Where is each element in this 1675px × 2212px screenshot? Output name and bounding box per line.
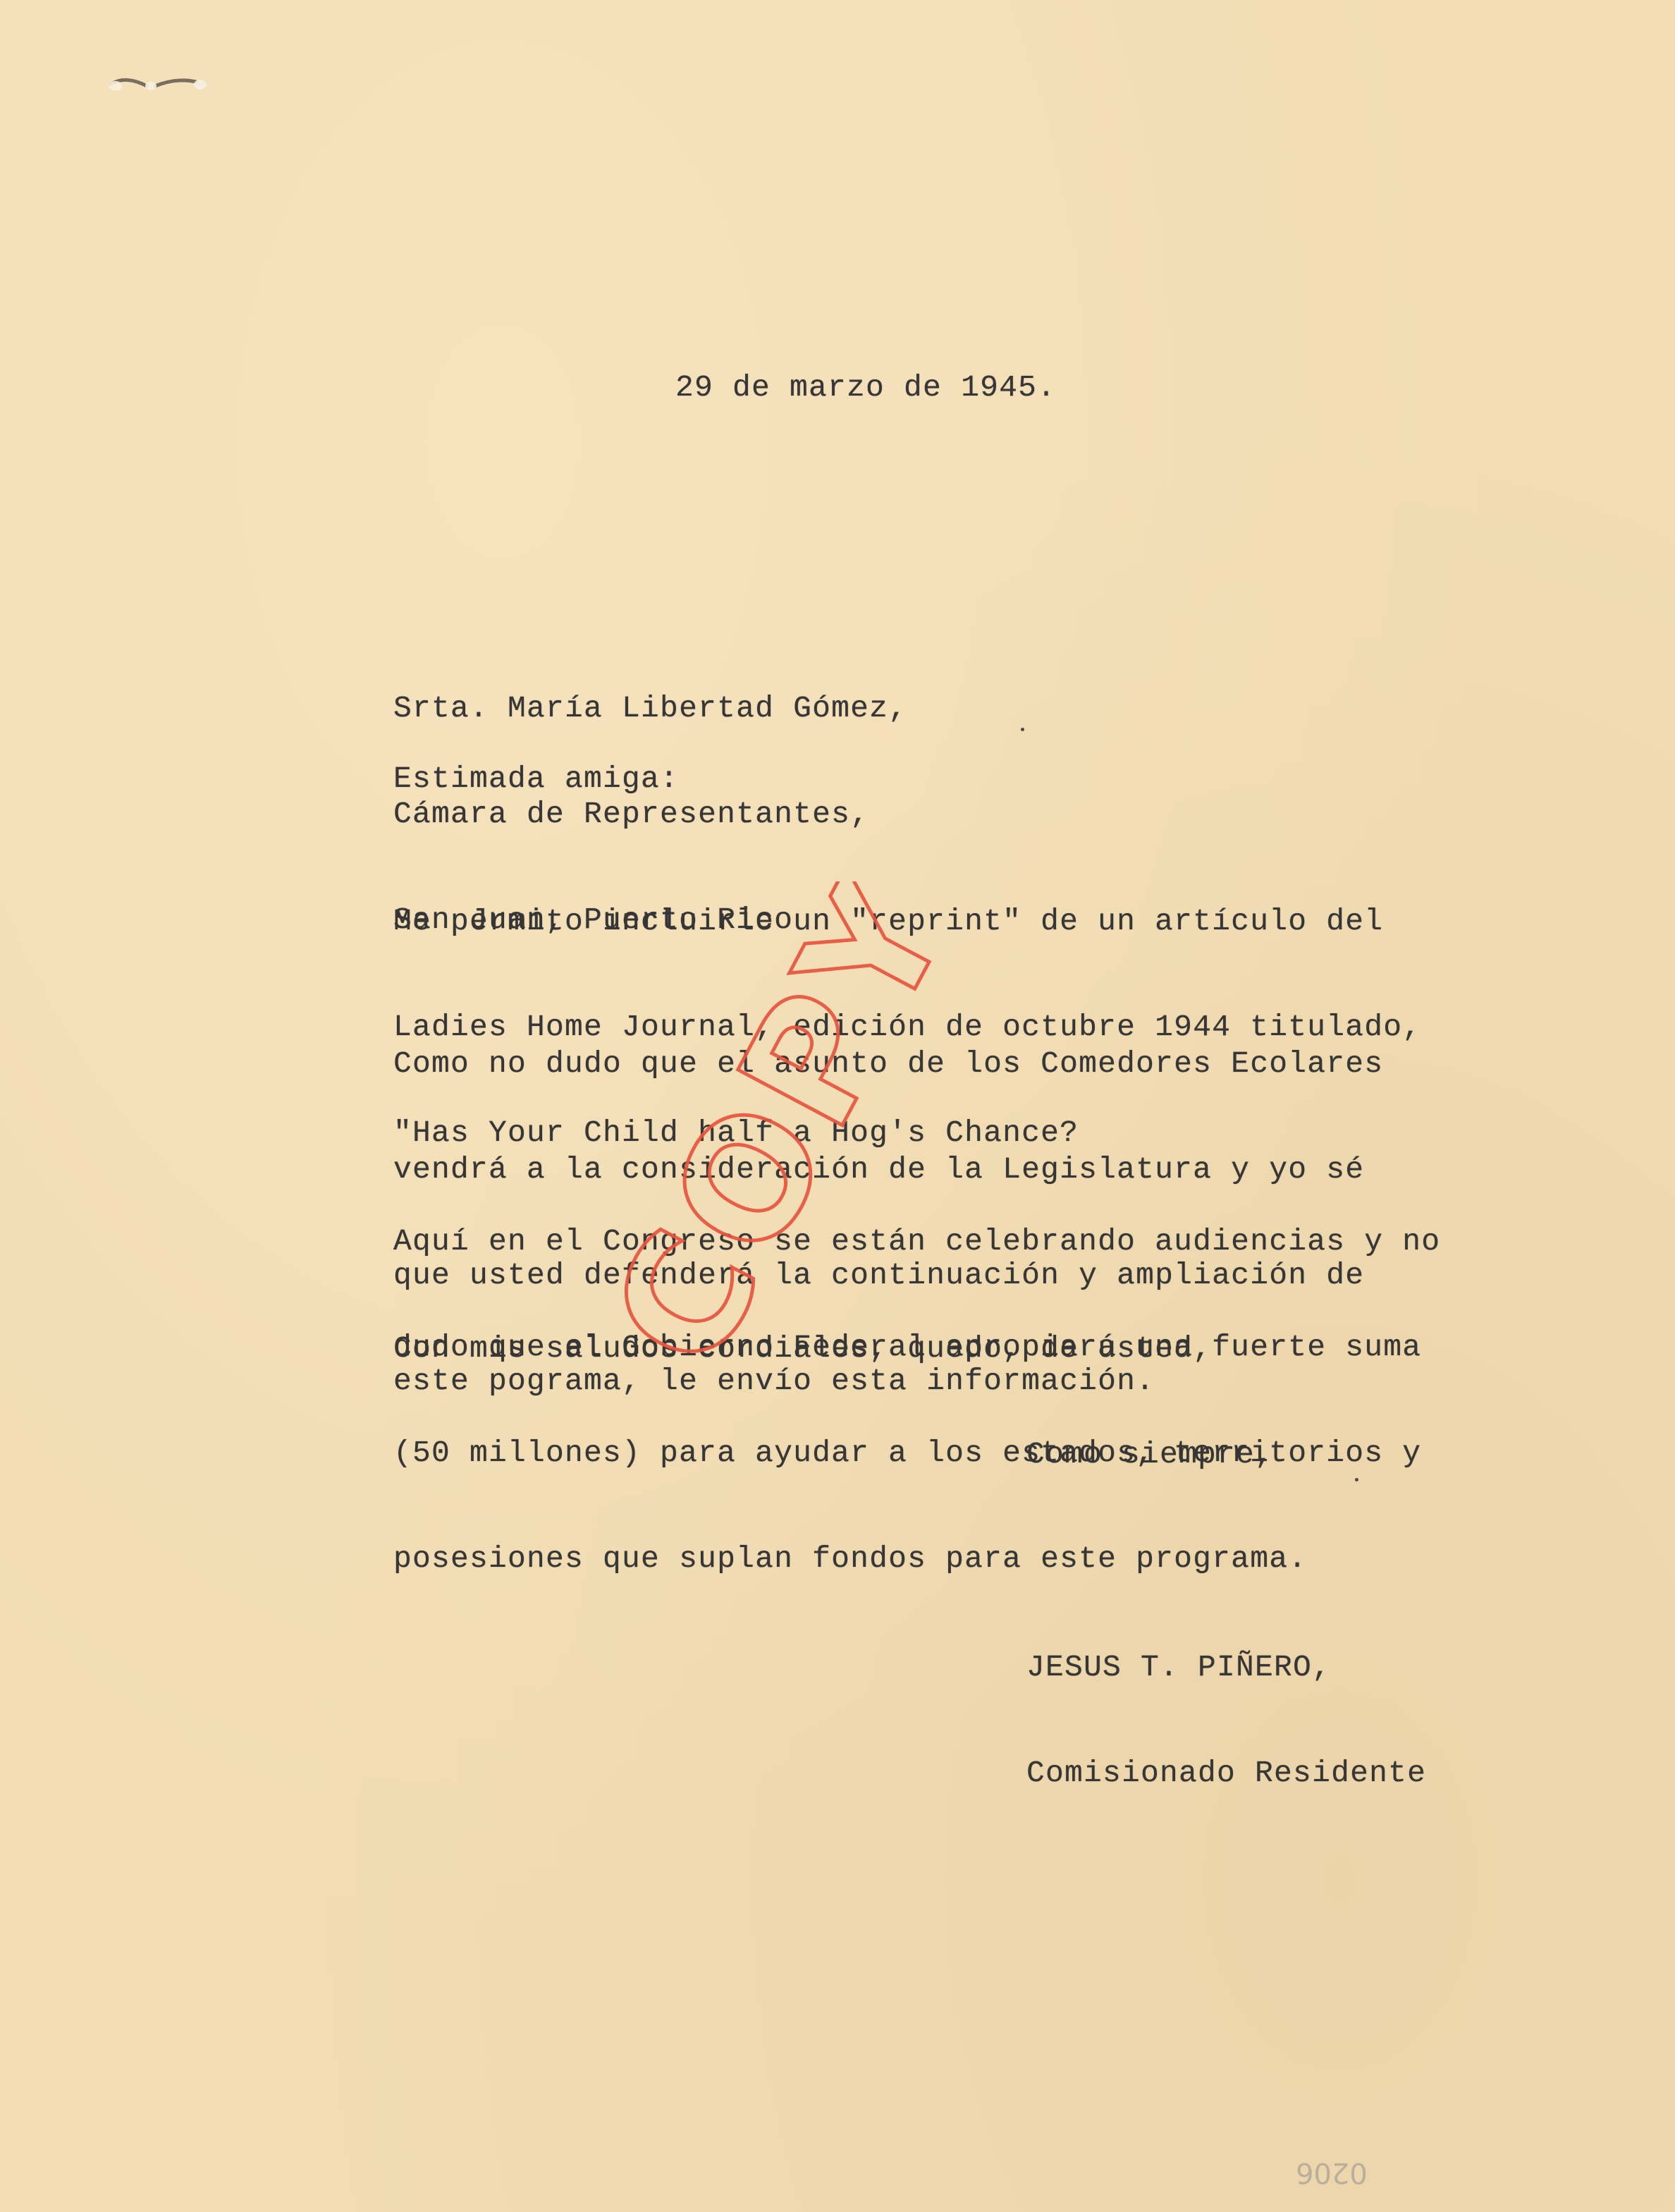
signatory-name: JESUS T. PIÑERO,	[1026, 1650, 1426, 1685]
paragraph-line: Aquí en el Congreso se están celebrando …	[393, 1224, 1440, 1259]
signatory-title: Comisionado Residente	[1026, 1756, 1426, 1791]
paragraph-line: Como no dudo que el asunto de los Comedo…	[393, 1046, 1383, 1082]
letter-date: 29 de marzo de 1945.	[675, 370, 1056, 405]
ink-speck	[1021, 728, 1024, 731]
paragraph-line: posesiones que suplan fondos para este p…	[393, 1541, 1440, 1577]
ink-speck	[1355, 1478, 1358, 1481]
paragraph-3: Aquí en el Congreso se están celebrando …	[393, 1154, 1440, 1647]
closing-line: Con mis saludos cordiales, quedo, de ust…	[393, 1331, 1212, 1367]
letter-page: 29 de marzo de 1945. Srta. María Liberta…	[0, 0, 1675, 2212]
paragraph-line: Me permito incluirle un "reprint" de un …	[393, 904, 1421, 939]
valediction: Como siempre,	[1026, 1437, 1274, 1472]
paperclip-stain-mark	[106, 75, 211, 93]
salutation: Estimada amiga:	[393, 762, 679, 797]
recipient-organization: Cámara de Representantes,	[393, 797, 907, 832]
paragraph-line: (50 millones) para ayudar a los estados,…	[393, 1436, 1440, 1471]
signature-block: JESUS T. PIÑERO, Comisionado Residente	[1026, 1579, 1426, 1862]
recipient-name: Srta. María Libertad Gómez,	[393, 691, 907, 726]
archive-number: 0206	[1296, 2156, 1368, 2189]
